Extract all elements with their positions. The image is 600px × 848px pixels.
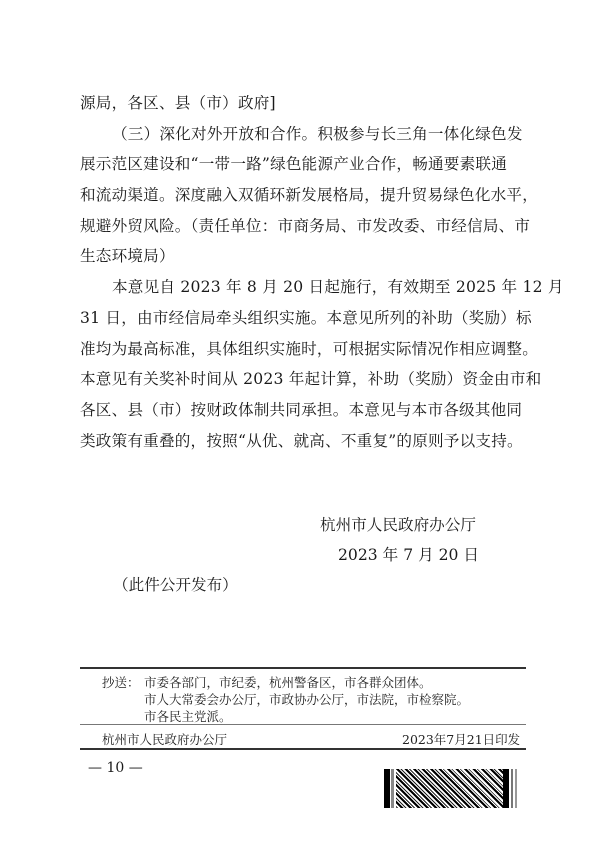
body-line: 本意见自 2023 年 8 月 20 日起施行，有效期至 2025 年 12 月 (112, 277, 562, 297)
divider-bottom (80, 748, 526, 750)
issue-date: 2023 年 7 月 20 日 (338, 543, 479, 565)
body-line: 展示范区建设和“一带一路”绿色能源产业合作，畅通要素联通 (80, 154, 530, 174)
distribution-line: 市委各部门，市纪委，杭州警备区，市各群众团体。 (144, 673, 432, 691)
body-line: 31 日，由市经信局牵头组织实施。本意见所列的补助（奖励）标 (80, 308, 530, 328)
divider-top (80, 667, 526, 669)
issuer-signature: 杭州市人民政府办公厅 (320, 513, 476, 535)
section-heading-line: （三）深化对外开放和合作。积极参与长三角一体化绿色发 (112, 124, 562, 144)
distribution-line: 市人大常委会办公厅，市政协办公厅，市法院，市检察院。 (144, 690, 469, 708)
barcode-image (384, 769, 527, 808)
divider-middle (80, 724, 526, 725)
body-line: 生态环境局） (80, 246, 530, 266)
body-line: 类政策有重叠的，按照“从优、就高、不重复”的原则予以支持。 (80, 431, 530, 451)
body-line: 源局，各区、县（市）政府] (80, 93, 530, 113)
body-line: 本意见有关奖补时间从 2023 年起计算，补助（奖励）资金由市和 (80, 369, 530, 389)
body-line: 和流动渠道。深度融入双循环新发展格局，提升贸易绿色化水平， (80, 185, 530, 205)
body-line: 规避外贸风险。（责任单位：市商务局、市发改委、市经信局、市 (80, 216, 530, 236)
page-number: — 10 — (88, 760, 143, 776)
distribution-label: 抄送： (102, 673, 140, 691)
distribution-line: 市各民主党派。 (144, 707, 232, 725)
public-release-note: （此件公开发布） (113, 573, 238, 595)
body-line: 准均为最高标准，具体组织实施时，可根据实际情况作相应调整。 (80, 339, 530, 359)
printing-office: 杭州市人民政府办公厅 (102, 730, 227, 748)
body-line: 各区、县（市）按财政体制共同承担。本意见与本市各级其他同 (80, 400, 530, 420)
print-date: 2023年7月21日印发 (402, 730, 520, 748)
